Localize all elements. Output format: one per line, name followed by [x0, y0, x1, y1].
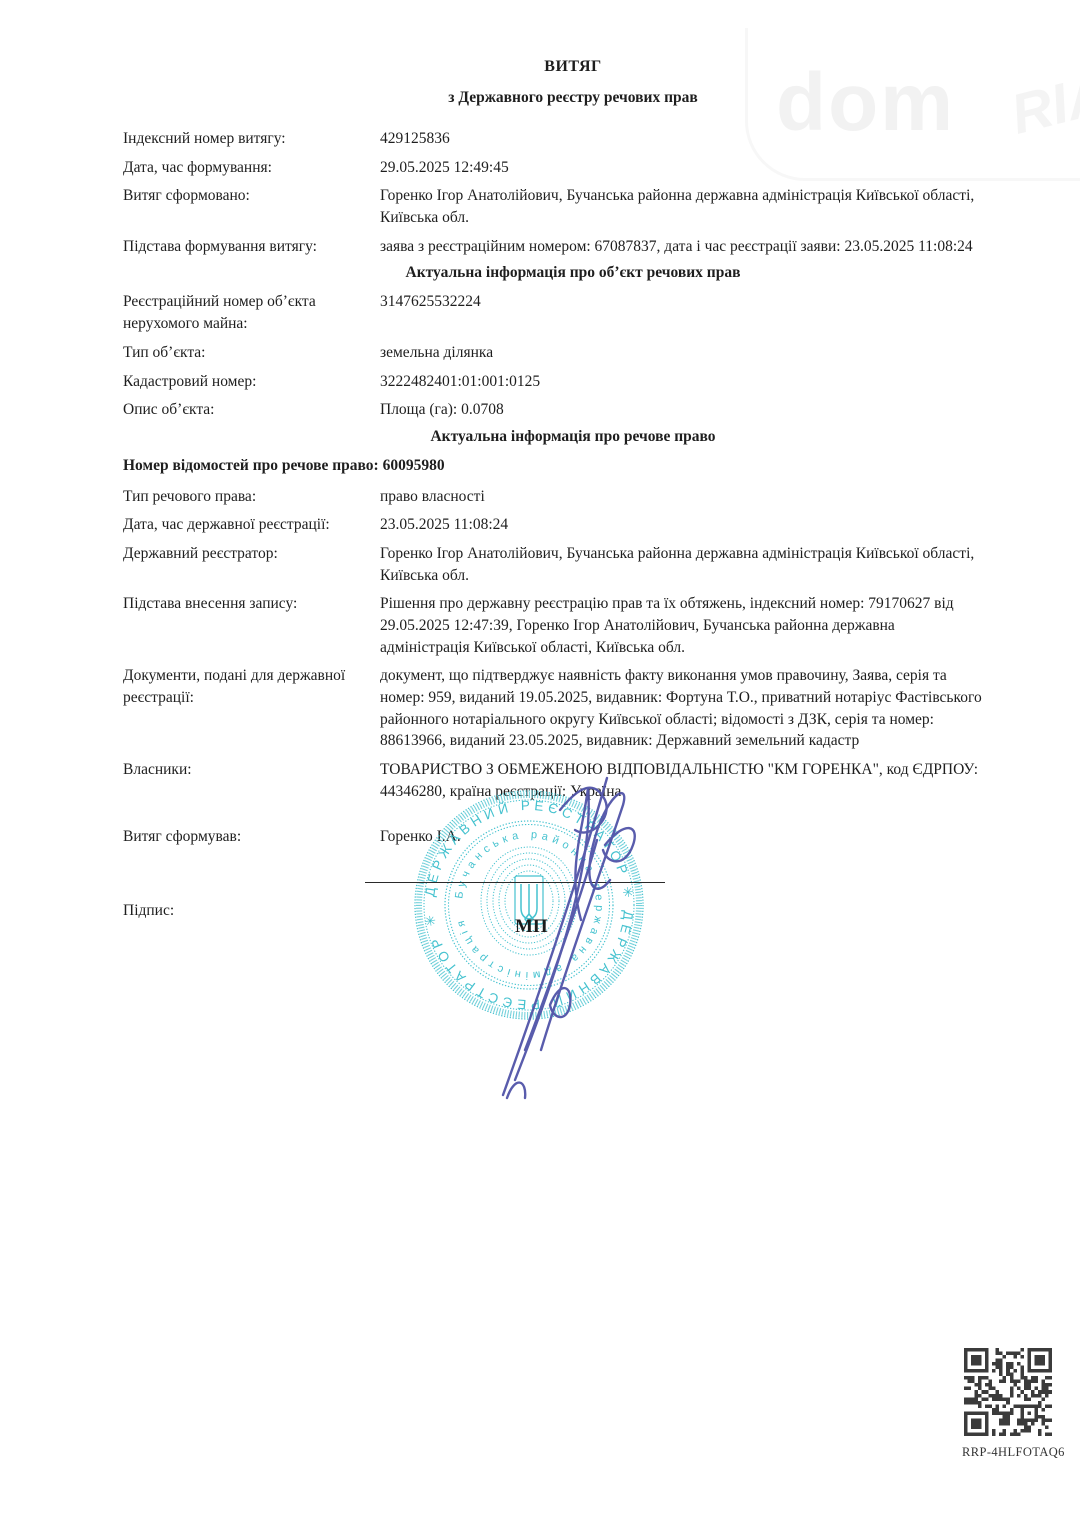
- field-value: документ, що підтверджує наявність факту…: [380, 665, 985, 752]
- field-label: Витяг сформував:: [123, 826, 380, 848]
- document-page: dom RIA ВИТЯГ з Державного реєстру речов…: [0, 0, 1080, 1527]
- field-row-cadastral-number: Кадастровий номер: 3222482401:01:001:012…: [123, 371, 985, 393]
- field-row-index-number: Індексний номер витягу: 429125836: [123, 128, 985, 150]
- field-value: заява з реєстраційним номером: 67087837,…: [380, 236, 985, 258]
- field-label: Державний реєстратор:: [123, 543, 380, 586]
- signature-label: Підпис:: [123, 900, 380, 922]
- field-value: Рішення про державну реєстрацію прав та …: [380, 593, 985, 658]
- field-row-object-description: Опис об’єкта: Площа (га): 0.0708: [123, 399, 985, 421]
- field-row-documents: Документи, подані для державної реєстрац…: [123, 665, 985, 752]
- field-label: Тип речового права:: [123, 486, 380, 508]
- field-value: Площа (га): 0.0708: [380, 399, 985, 421]
- field-value: земельна ділянка: [380, 342, 985, 364]
- qr-code-label: RRP-4HLFOTAQ6: [962, 1445, 1054, 1460]
- section-heading-right: Актуальна інформація про речове право: [123, 428, 985, 446]
- section-heading-object: Актуальна інформація про об’єкт речових …: [123, 264, 985, 282]
- field-value: 29.05.2025 12:49:45: [380, 157, 985, 179]
- field-label: Дата, час державної реєстрації:: [123, 514, 380, 536]
- field-row-state-reg-datetime: Дата, час державної реєстрації: 23.05.20…: [123, 514, 985, 536]
- field-label: Індексний номер витягу:: [123, 128, 380, 150]
- field-label: Реєстраційний номер об’єкта нерухомого м…: [123, 291, 380, 334]
- field-label: Документи, подані для державної реєстрац…: [123, 665, 380, 752]
- field-row-state-registrar: Державний реєстратор: Горенко Ігор Анато…: [123, 543, 985, 586]
- field-label: Витяг сформовано:: [123, 185, 380, 228]
- field-label: Тип об’єкта:: [123, 342, 380, 364]
- watermark-ria-text: RIA: [1005, 60, 1080, 146]
- field-row-object-type: Тип об’єкта: земельна ділянка: [123, 342, 985, 364]
- page-title: ВИТЯГ: [123, 58, 985, 76]
- field-value: 23.05.2025 11:08:24: [380, 514, 985, 536]
- field-row-formed-datetime: Дата, час формування: 29.05.2025 12:49:4…: [123, 157, 985, 179]
- field-label: Опис об’єкта:: [123, 399, 380, 421]
- handwritten-signature: [455, 750, 685, 1110]
- field-label: Підстава внесення запису:: [123, 593, 380, 658]
- qr-block: RRP-4HLFOTAQ6: [962, 1348, 1054, 1460]
- field-value: 3147625532224: [380, 291, 985, 334]
- field-value: 3222482401:01:001:0125: [380, 371, 985, 393]
- field-value: право власності: [380, 486, 985, 508]
- field-value: 429125836: [380, 128, 985, 150]
- field-label: Дата, час формування:: [123, 157, 380, 179]
- field-row-reg-number: Реєстраційний номер об’єкта нерухомого м…: [123, 291, 985, 334]
- field-value: Горенко Ігор Анатолійович, Бучанська рай…: [380, 185, 985, 228]
- field-label: Власники:: [123, 759, 380, 802]
- field-row-formed-for: Витяг сформовано: Горенко Ігор Анатолійо…: [123, 185, 985, 228]
- field-row-formation-basis: Підстава формування витягу: заява з реєс…: [123, 236, 985, 258]
- field-value: Горенко Ігор Анатолійович, Бучанська рай…: [380, 543, 985, 586]
- field-label: Кадастровий номер:: [123, 371, 380, 393]
- field-label: Підстава формування витягу:: [123, 236, 380, 258]
- field-row-record-basis: Підстава внесення запису: Рішення про де…: [123, 593, 985, 658]
- qr-code: [964, 1348, 1052, 1436]
- page-subtitle: з Державного реєстру речових прав: [123, 89, 985, 107]
- record-number-note: Номер відомостей про речове право: 60095…: [123, 455, 985, 477]
- field-row-right-type: Тип речового права: право власності: [123, 486, 985, 508]
